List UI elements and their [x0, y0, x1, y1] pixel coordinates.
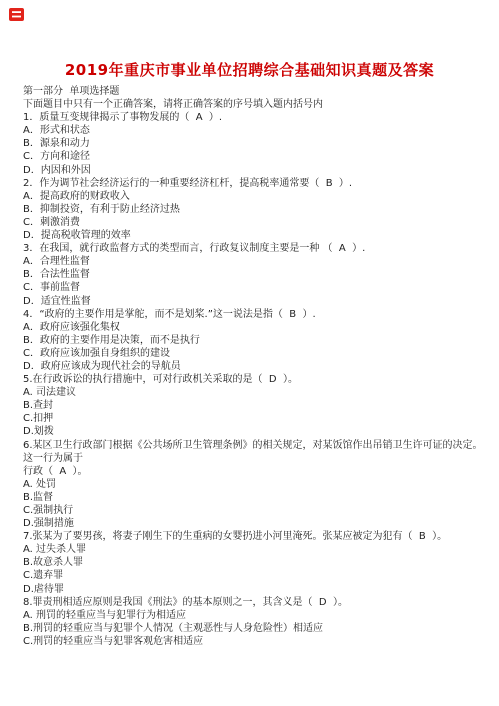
question-3-option-B: B．合法性监督	[23, 268, 485, 281]
question-7-option-D: D.虐待罪	[23, 583, 485, 596]
question-7-option-A: A. 过失杀人罪	[23, 543, 485, 556]
question-6-stem-cont: 行政（ A ）。	[23, 465, 485, 478]
question-8-option-A: A. 刑罚的轻重应当与犯罪行为相适应	[23, 609, 485, 622]
question-4-option-D: D．政府应该成为现代社会的导航员	[23, 360, 485, 373]
question-4-option-C: C．政府应该加强自身组织的建设	[23, 347, 485, 360]
question-1-stem: 1．质量互变规律揭示了事物发展的（ A ）.	[23, 111, 485, 124]
question-6-option-A: A. 处罚	[23, 478, 485, 491]
question-6-option-D: D.强制措施	[23, 517, 485, 530]
document-body: 第一部分 单项选择题 下面题目中只有一个正确答案，请将正确答案的序号填入题内括号…	[23, 85, 485, 648]
question-2-option-A: A．提高政府的财政收入	[23, 190, 485, 203]
question-3-option-A: A．合理性监督	[23, 255, 485, 268]
question-5-stem: 5.在行政诉讼的执行措施中，可对行政机关采取的是（ D ）。	[23, 373, 485, 386]
question-1-option-C: C．方向和途径	[23, 150, 485, 163]
question-5-option-B: B.查封	[23, 399, 485, 412]
question-4-stem: 4．“政府的主要作用是掌舵，而不是划桨.”这一说法是指（ B ）.	[23, 308, 485, 321]
question-8-stem: 8.罪责刑相适应原则是我国《刑法》的基本原则之一，其含义是（ D ）。	[23, 596, 485, 609]
question-7-option-B: B.故意杀人罪	[23, 556, 485, 569]
question-2-option-B: B．抑制投资，有利于防止经济过热	[23, 203, 485, 216]
question-2-option-C: C．刺激消费	[23, 216, 485, 229]
document-page: 2019年重庆市事业单位招聘综合基础知识真题及答案 第一部分 单项选择题 下面题…	[0, 0, 499, 706]
red-seal-stamp-icon	[9, 6, 24, 19]
questions-list: 1．质量互变规律揭示了事物发展的（ A ）.A．形式和状态B．源泉和动力C．方向…	[23, 111, 485, 648]
question-8-option-B: B.刑罚的轻重应当与犯罪个人情况（主观恶性与人身危险性）相适应	[23, 622, 485, 635]
question-1-option-B: B．源泉和动力	[23, 137, 485, 150]
question-1-option-A: A．形式和状态	[23, 124, 485, 137]
instruction-line: 下面题目中只有一个正确答案，请将正确答案的序号填入题内括号内	[23, 98, 485, 111]
question-7-option-C: C.遗弃罪	[23, 569, 485, 582]
question-6-option-B: B.监督	[23, 491, 485, 504]
question-7-stem: 7.张某为了要男孩，将妻子刚生下的生重病的女婴扔进小河里淹死。张某应被定为犯有（…	[23, 530, 485, 543]
question-2-stem: 2．作为调节社会经济运行的一种重要经济杠杆，提高税率通常要（ B ）.	[23, 177, 485, 190]
question-5-option-A: A. 司法建议	[23, 386, 485, 399]
question-4-option-B: B．政府的主要作用是决策，而不是执行	[23, 334, 485, 347]
question-6-stem: 6.某区卫生行政部门根据《公共场所卫生管理条例》的相关规定，对某饭馆作出吊销卫生…	[23, 439, 485, 465]
section-heading: 第一部分 单项选择题	[23, 85, 485, 98]
question-5-option-D: D.划拨	[23, 425, 485, 438]
question-3-option-C: C．事前监督	[23, 281, 485, 294]
question-3-stem: 3．在我国，就行政监督方式的类型而言，行政复议制度主要是一种 （ A ）.	[23, 242, 485, 255]
question-5-option-C: C.扣押	[23, 412, 485, 425]
question-8-option-C: C.刑罚的轻重应当与犯罪客观危害相适应	[23, 635, 485, 648]
question-6-option-C: C.强制执行	[23, 504, 485, 517]
page-title: 2019年重庆市事业单位招聘综合基础知识真题及答案	[0, 59, 499, 80]
question-4-option-A: A．政府应该强化集权	[23, 321, 485, 334]
question-2-option-D: D．提高税收管理的效率	[23, 229, 485, 242]
question-3-option-D: D．适宜性监督	[23, 295, 485, 308]
question-1-option-D: D．内因和外因	[23, 164, 485, 177]
